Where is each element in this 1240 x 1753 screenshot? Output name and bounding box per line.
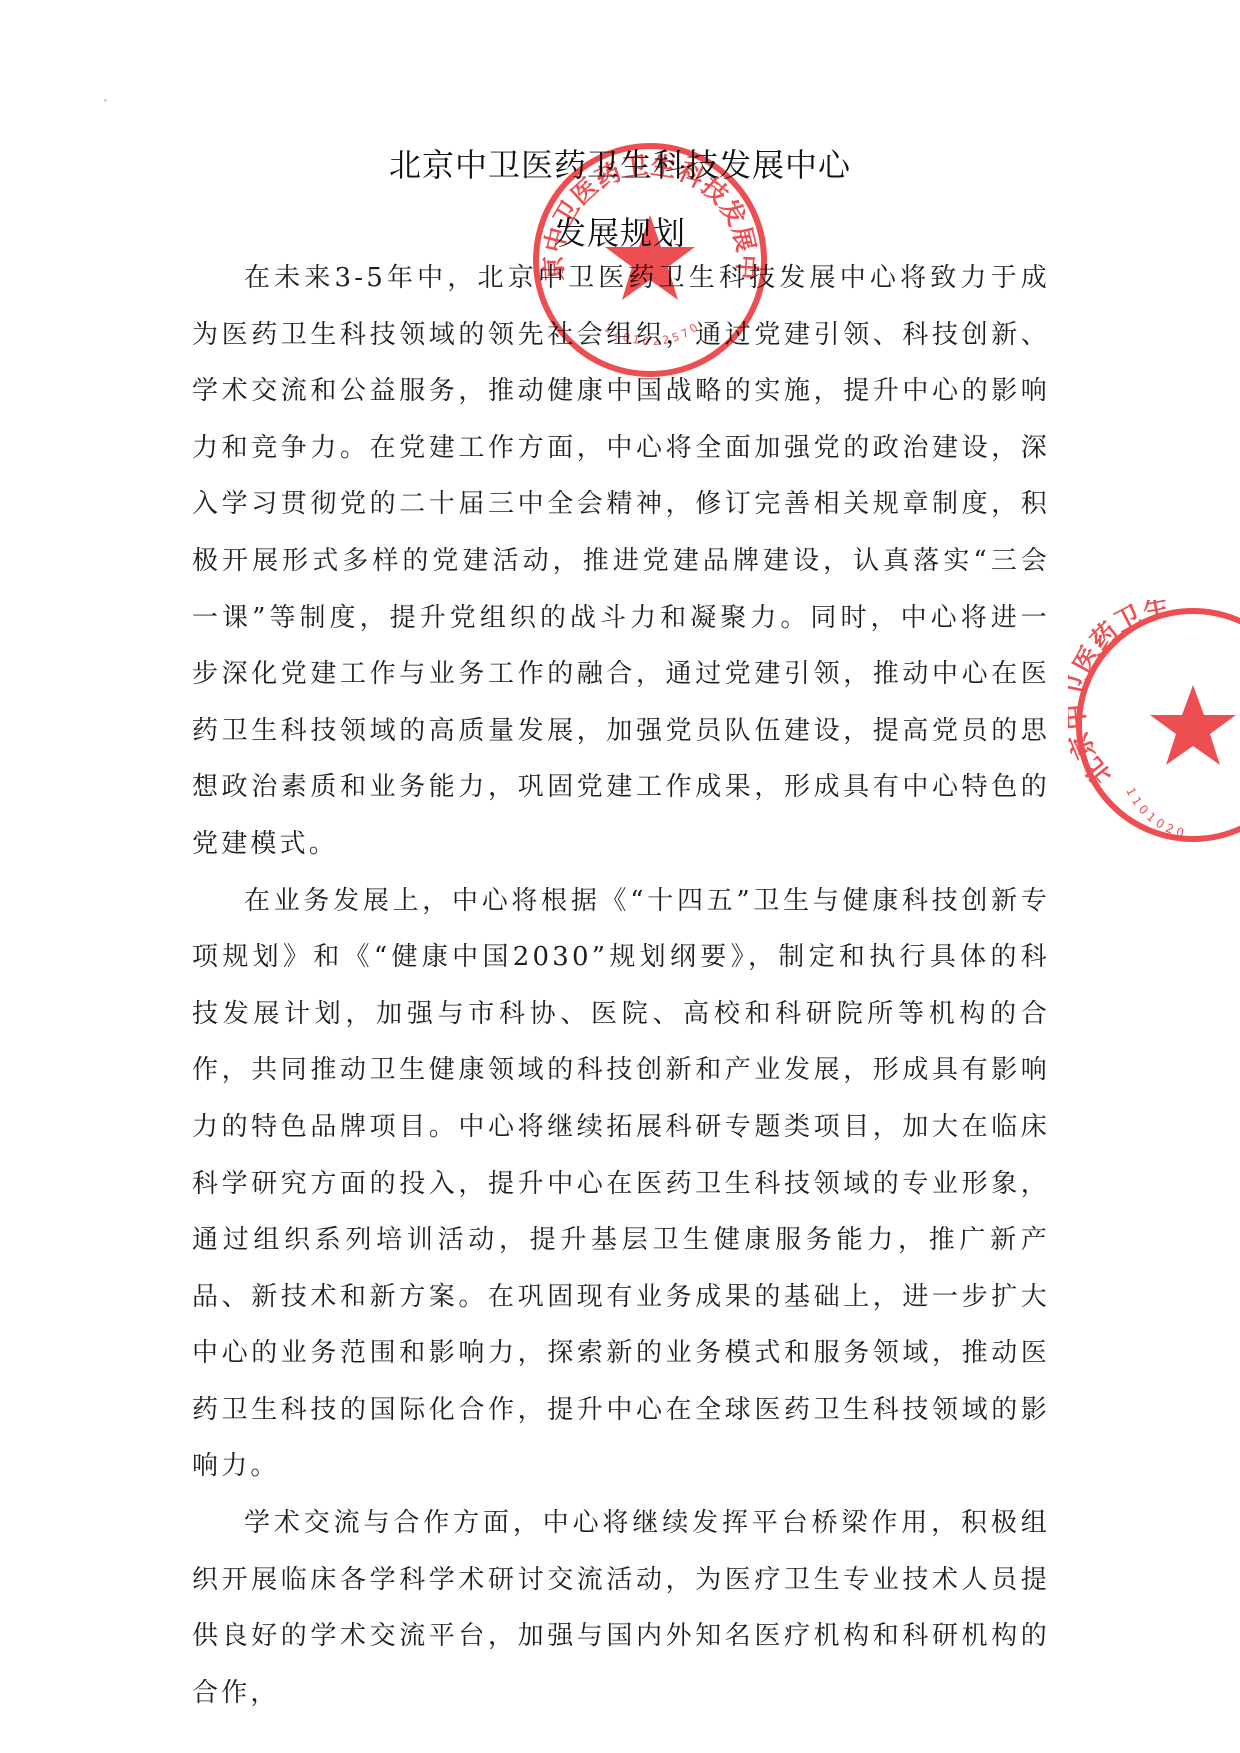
document-title: 北京中卫医药卫生科技发展中心 — [0, 140, 1240, 186]
paragraph-business-development: 在业务发展上，中心将根据《“十四五”卫生与健康科技创新专项规划》和《“健康中国2… — [192, 873, 1050, 1496]
svg-text:1 1 0 1 0 2 0: 1 1 0 1 0 2 0 — [1123, 785, 1185, 840]
document-body: 在未来3-5年中，北京中卫医药卫生科技发展中心将致力于成为医药卫生科技领域的领先… — [192, 250, 1050, 1721]
seam-seal-icon: 北京中卫医药卫生 1 1 0 1 0 2 0 — [1068, 600, 1240, 850]
paragraph-academic-exchange: 学术交流与合作方面，中心将继续发挥平台桥梁作用，积极组织开展临床各学科学术研讨交… — [192, 1495, 1050, 1721]
document-page: 北京中卫医药卫生科技发展中心 发展规划 在未来3-5年中，北京中卫医药卫生科技发… — [0, 0, 1240, 1753]
svg-text:北京中卫医药卫生: 北京中卫医药卫生 — [1068, 600, 1173, 790]
seam-seal-number-text: 1 1 0 1 0 2 0 — [1123, 785, 1185, 840]
seam-seal-org-text: 北京中卫医药卫生 — [1068, 600, 1173, 790]
document-subtitle: 发展规划 — [0, 208, 1240, 254]
paragraph-party-building: 在未来3-5年中，北京中卫医药卫生科技发展中心将致力于成为医药卫生科技领域的领先… — [192, 250, 1050, 873]
scan-speck — [104, 99, 107, 102]
